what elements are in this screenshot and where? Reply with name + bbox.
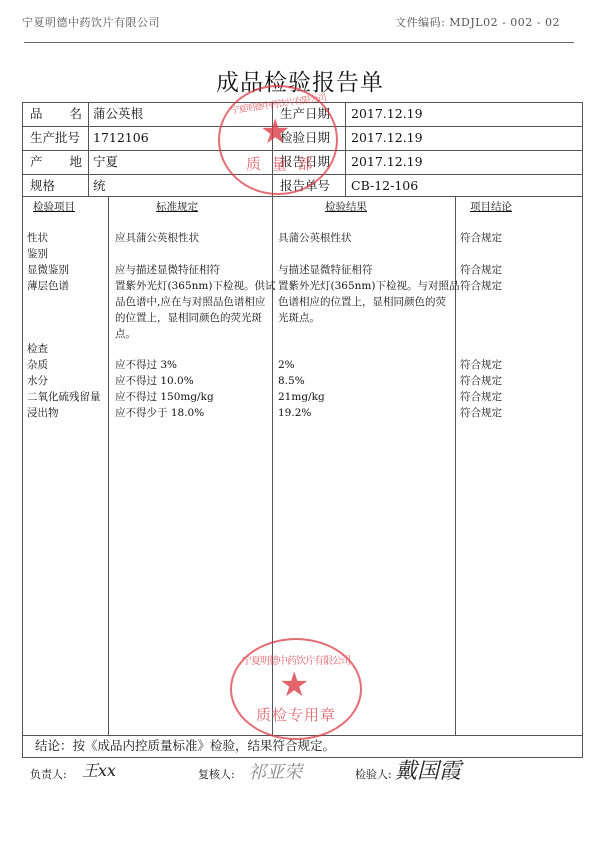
- result-tlc-line: 色谱相应的位置上，显相同颜色的荧: [278, 294, 446, 310]
- standard-tlc-line: 点。: [115, 326, 136, 342]
- final-conclusion: 结论：按《成品内控质量标准》检验，结果符合规定。: [35, 736, 335, 756]
- report-date-label: 报告日期: [280, 151, 330, 173]
- col-divider: [345, 102, 346, 197]
- item-extract: 浸出物: [27, 405, 59, 421]
- inspector-signature: 戴国霞: [395, 754, 461, 785]
- result-tlc-line: 光斑点。: [278, 310, 320, 326]
- conclusion-appearance: 符合规定: [460, 230, 502, 246]
- origin: 宁夏: [93, 151, 118, 173]
- item-appearance: 性状: [27, 230, 48, 246]
- batch-label: 生产批号: [30, 127, 80, 149]
- standard-tlc-line: 置紫外光灯(365nm)下检视。供试: [115, 278, 275, 294]
- standard-so2: 应不得过 150mg/kg: [115, 389, 214, 405]
- result-tlc-line: 置紫外光灯(365nm)下检视。与对照品: [278, 278, 459, 294]
- label-char: 品: [30, 103, 43, 125]
- col-divider: [272, 196, 273, 736]
- report-number: CB-12-106: [351, 175, 418, 197]
- conclusion-microscopic: 符合规定: [460, 262, 502, 278]
- standard-tlc-line: 的位置上，显相同颜色的荧光斑: [115, 310, 262, 326]
- standard-moisture: 应不得过 10.0%: [115, 373, 194, 389]
- result-moisture: 8.5%: [278, 373, 305, 389]
- standard-extract: 应不得少于 18.0%: [115, 405, 204, 421]
- item-microscopic: 显微鉴别: [27, 262, 69, 278]
- production-date: 2017.12.19: [351, 103, 423, 125]
- conclusion-impurity: 符合规定: [460, 357, 502, 373]
- conclusion-so2: 符合规定: [460, 389, 502, 405]
- file-code: 文件编码: MDJL02 - 002 - 02: [395, 14, 560, 30]
- conclusion-tlc: 符合规定: [460, 278, 502, 294]
- label-char: 名: [69, 103, 82, 125]
- origin-label: 产 地: [30, 151, 82, 173]
- inspector-label: 检验人:: [355, 766, 392, 782]
- col-divider: [108, 196, 109, 736]
- col-header-item: 检验项目: [33, 199, 75, 215]
- item-inspection: 检查: [27, 341, 48, 357]
- col-header-conclusion: 项目结论: [470, 199, 512, 215]
- item-impurity: 杂质: [27, 357, 48, 373]
- result-impurity: 2%: [278, 357, 295, 373]
- spec-label: 规格: [30, 175, 55, 197]
- production-date-label: 生产日期: [280, 103, 330, 125]
- standard-microscopic: 应与描述显微特征相符: [115, 262, 220, 278]
- item-identification: 鉴别: [27, 246, 48, 262]
- conclusion-moisture: 符合规定: [460, 373, 502, 389]
- standard-impurity: 应不得过 3%: [115, 357, 177, 373]
- page-title: 成品检验报告单: [0, 64, 600, 97]
- result-so2: 21mg/kg: [278, 389, 325, 405]
- reviewer-signature: 祁亚荣: [248, 758, 302, 784]
- col-divider: [455, 196, 456, 736]
- result-extract: 19.2%: [278, 405, 311, 421]
- col-header-result: 检验结果: [325, 199, 367, 215]
- report-date: 2017.12.19: [351, 151, 423, 173]
- result-microscopic: 与描述显微特征相符: [278, 262, 373, 278]
- item-so2: 二氧化硫残留量: [27, 389, 101, 405]
- col-divider: [88, 102, 89, 197]
- product-name-label: 品 名: [30, 103, 82, 125]
- header-divider: [24, 42, 574, 43]
- standard-tlc-line: 品色谱中,应在与对照品色谱相应: [115, 294, 265, 310]
- col-divider: [272, 102, 273, 197]
- item-moisture: 水分: [27, 373, 48, 389]
- spec: 统: [93, 175, 106, 197]
- reviewer-label: 复核人:: [198, 766, 235, 782]
- responsible-signature: 王xx: [82, 758, 116, 781]
- result-appearance: 具蒲公英根性状: [278, 230, 352, 246]
- report-number-label: 报告单号: [280, 175, 330, 197]
- conclusion-extract: 符合规定: [460, 405, 502, 421]
- item-tlc: 薄层色谱: [27, 278, 69, 294]
- responsible-label: 负责人:: [30, 766, 67, 782]
- company-name: 宁夏明德中药饮片有限公司: [22, 14, 160, 30]
- batch-number: 1712106: [93, 127, 149, 149]
- label-char: 产: [30, 151, 43, 173]
- col-header-standard: 标准规定: [156, 199, 198, 215]
- label-char: 地: [69, 151, 82, 173]
- product-name: 蒲公英根: [93, 103, 143, 125]
- standard-appearance: 应具蒲公英根性状: [115, 230, 199, 246]
- test-date: 2017.12.19: [351, 127, 423, 149]
- test-date-label: 检验日期: [280, 127, 330, 149]
